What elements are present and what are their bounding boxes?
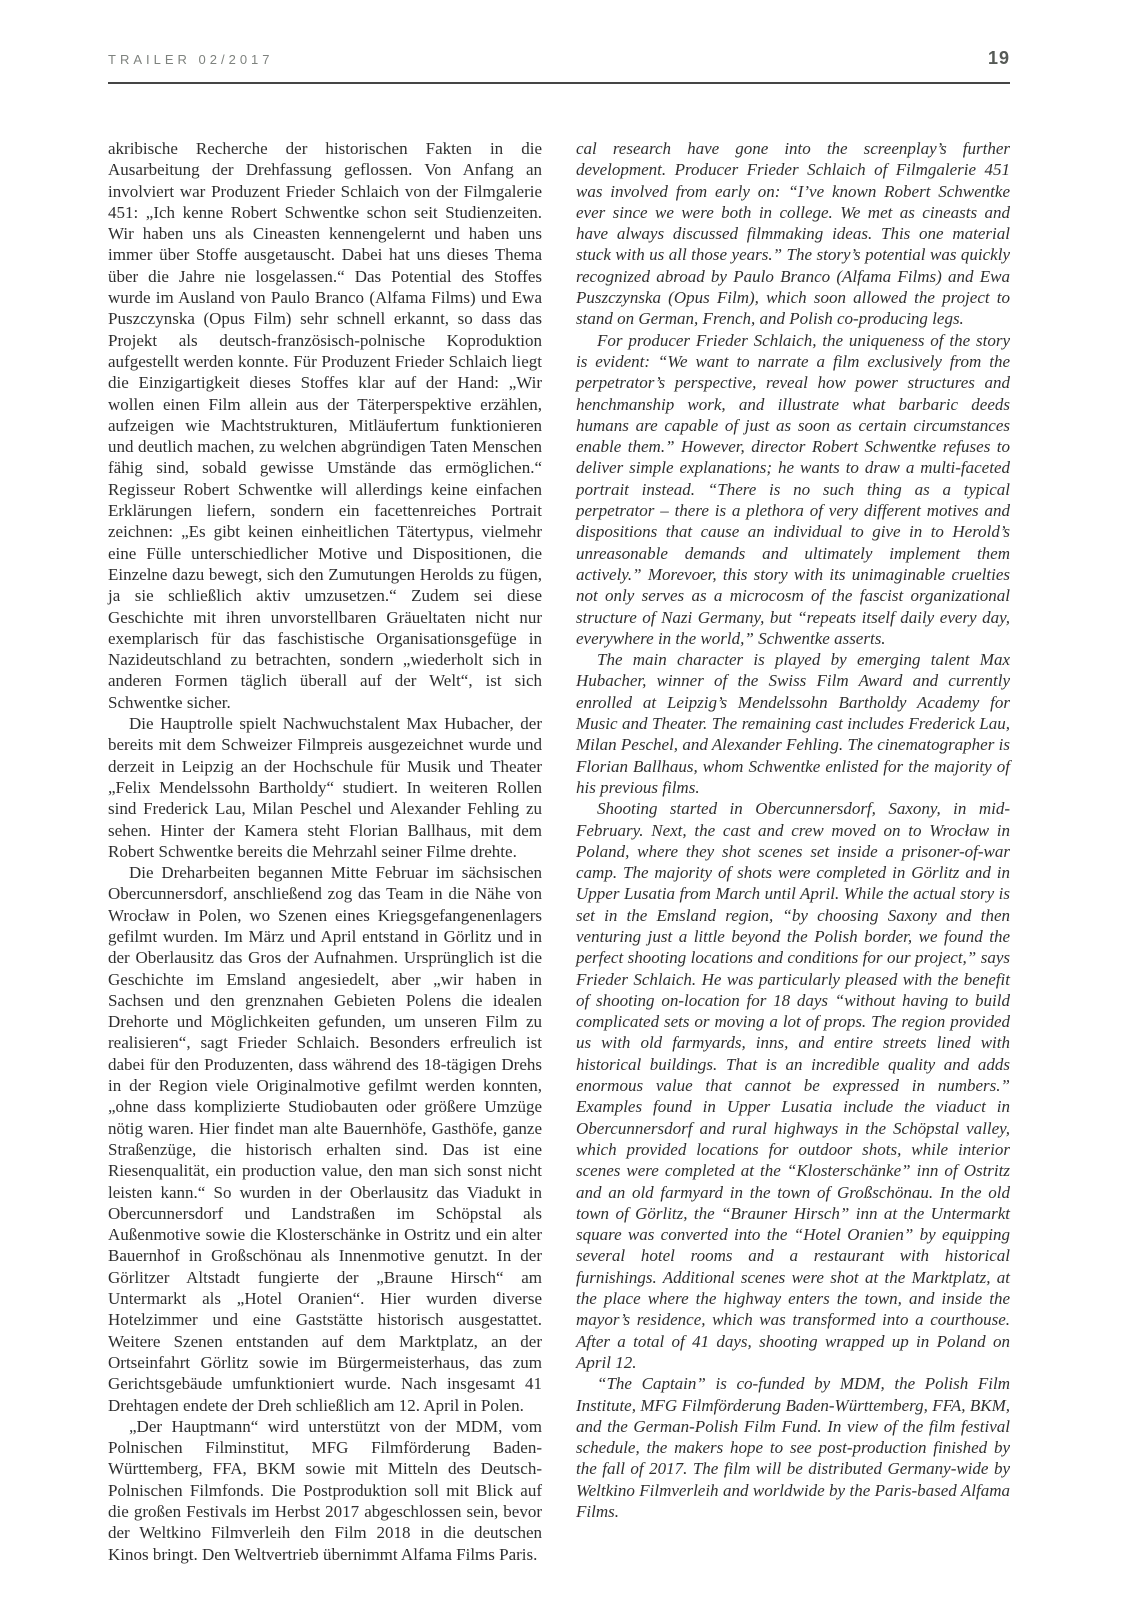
right-column-english: cal research have gone into the screenpl… [576,138,1010,1565]
paragraph: Die Dreharbeiten begannen Mitte Februar … [108,862,542,1416]
paragraph: „Der Hauptmann“ wird unterstützt von der… [108,1416,542,1565]
paragraph: The main character is played by emerging… [576,649,1010,798]
page-header: TRAILER 02/2017 19 [108,48,1010,84]
page-number: 19 [988,48,1010,69]
paragraph: “The Captain” is co-funded by MDM, the P… [576,1373,1010,1522]
magazine-title: TRAILER 02/2017 [108,52,274,67]
paragraph: Shooting started in Obercunnersdorf, Sax… [576,798,1010,1373]
paragraph: Die Hauptrolle spielt Nachwuchstalent Ma… [108,713,542,862]
magazine-page: TRAILER 02/2017 19 akribische Recherche … [0,0,1132,1600]
article-body: akribische Recherche der historischen Fa… [108,138,1010,1565]
left-column-german: akribische Recherche der historischen Fa… [108,138,542,1565]
paragraph: cal research have gone into the screenpl… [576,138,1010,330]
paragraph: For producer Frieder Schlaich, the uniqu… [576,330,1010,649]
paragraph: akribische Recherche der historischen Fa… [108,138,542,713]
